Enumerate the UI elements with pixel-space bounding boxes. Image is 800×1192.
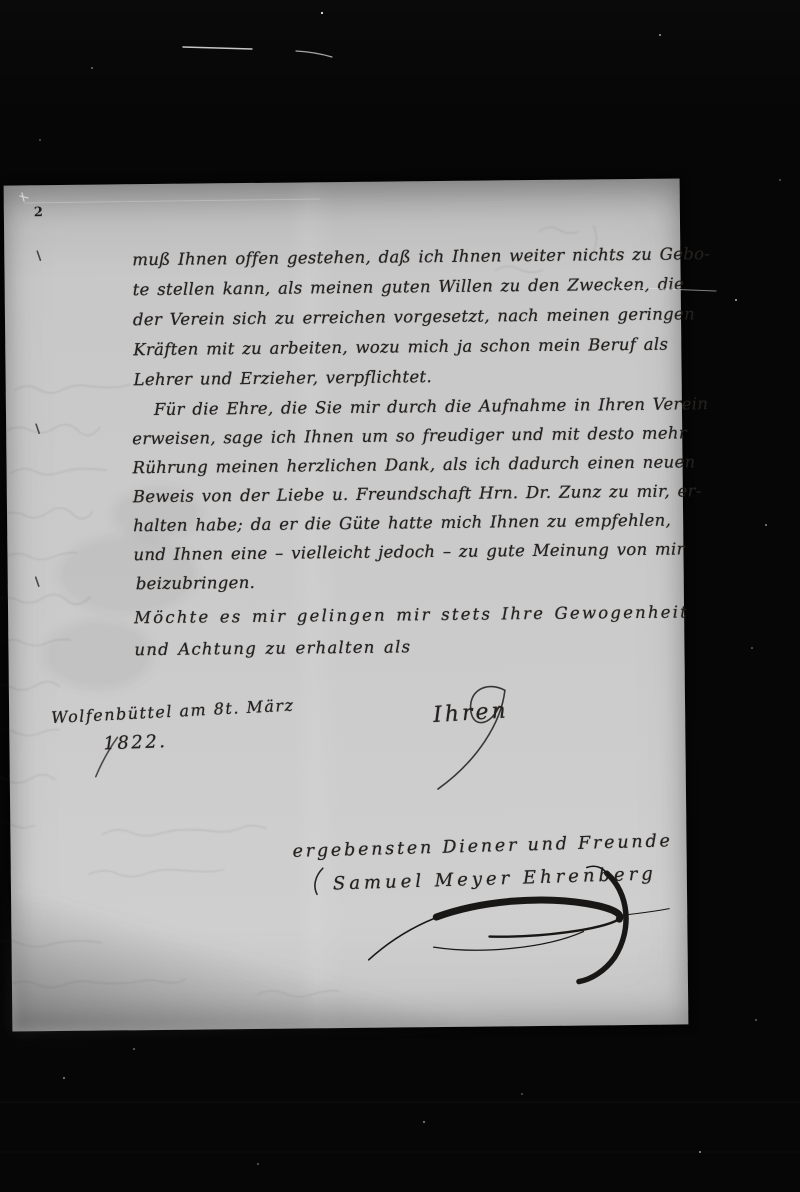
page-number: 2 — [34, 205, 43, 220]
body-line: beizubringen. — [136, 573, 256, 593]
valediction-flourish — [409, 680, 550, 801]
body-line: muß Ihnen offen gestehen, daß ich Ihnen … — [132, 244, 710, 269]
body-line: halten habe; da er die Güte hatte mich I… — [133, 511, 671, 536]
signature-role-line: ergebensten Diener und Freunde — [292, 831, 673, 862]
dateline-year: 1822. — [103, 731, 168, 754]
body-line: Rührung meinen herzlichen Dank, als ich … — [132, 452, 695, 477]
body-line: Beweis von der Liebe u. Freundschaft Hrn… — [133, 481, 702, 506]
dateline-place: Wolfenbüttel am 8t. März — [51, 695, 295, 727]
scan-background: 2 muß Ihnen offen gestehen, daß ich Ihne… — [0, 0, 800, 1192]
signature-name: Samuel Meyer Ehrenberg — [333, 863, 657, 894]
letter-page: 2 muß Ihnen offen gestehen, daß ich Ihne… — [4, 178, 689, 1031]
body-line: und Achtung zu erhalten als — [134, 637, 411, 659]
body-line: Kräften mit zu arbeiten, wozu mich ja sc… — [133, 335, 668, 360]
body-line: der Verein sich zu erreichen vorgesetzt,… — [133, 304, 695, 329]
ink-mark — [309, 866, 329, 896]
body-line: Lehrer und Erzieher, verpflichtet. — [134, 367, 433, 389]
valediction: Ihren — [432, 698, 509, 728]
body-line: te stellen kann, als meinen guten Willen… — [133, 274, 685, 299]
body-line: Möchte es mir gelingen mir stets Ihre Ge… — [134, 602, 689, 627]
body-line: erweisen, sage ich Ihnen um so freudiger… — [132, 423, 687, 448]
body-line: Für die Ehre, die Sie mir durch die Aufn… — [154, 394, 709, 419]
body-line: und Ihnen eine – vielleicht jedoch – zu … — [133, 539, 684, 564]
